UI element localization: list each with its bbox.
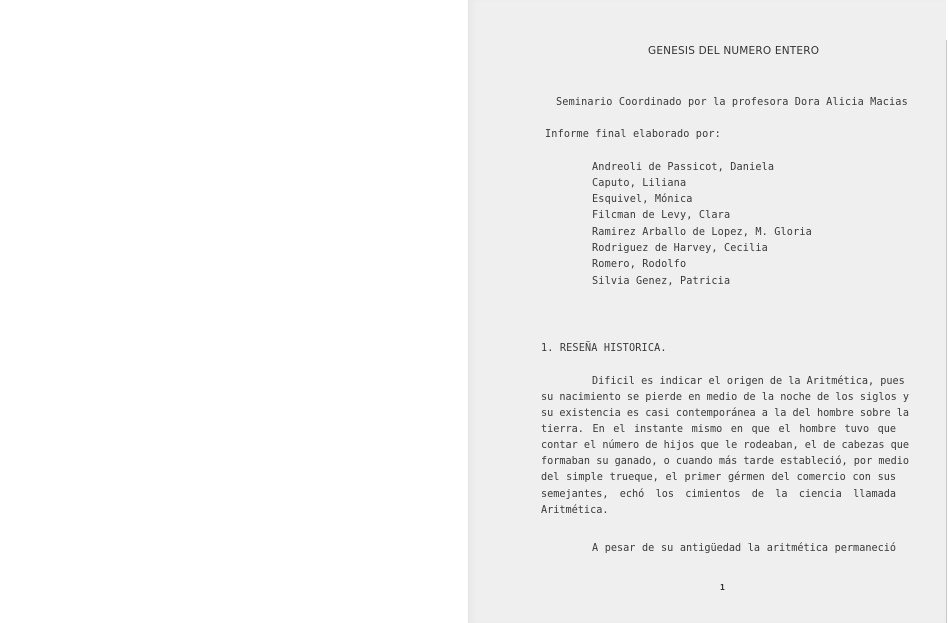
author-item: Ramirez Arballo de Lopez, M. Gloria: [592, 227, 812, 238]
paragraph-line: del simple trueque, el primer gérmen del…: [541, 472, 896, 483]
scanned-spread: GENESIS DEL NUMERO ENTERO Seminario Coor…: [0, 0, 949, 623]
authors-intro: Informe final elaborado por:: [545, 129, 721, 140]
author-item: Romero, Rodolfo: [592, 259, 686, 270]
author-item: Rodriguez de Harvey, Cecilia: [592, 243, 768, 254]
paragraph-line: su existencia es casi contemporánea a la…: [541, 408, 896, 419]
author-item: Filcman de Levy, Clara: [592, 210, 730, 221]
page-binding-shadow: [468, 0, 471, 623]
paragraph-line: contar el número de hijos que le rodeaba…: [541, 440, 896, 451]
paragraph-line: formaban su ganado, o cuando más tarde e…: [541, 456, 896, 467]
author-item: Caputo, Liliana: [592, 178, 686, 189]
document-subtitle: Seminario Coordinado por la profesora Do…: [556, 97, 908, 108]
paragraph-line: A pesar de su antigüedad la aritmética p…: [592, 543, 896, 554]
page-right-edge: [946, 40, 947, 623]
document-page: [468, 0, 946, 623]
paragraph-line: Dificil es indicar el origen de la Aritm…: [592, 376, 896, 387]
paragraph-line: tierra. En el instante mismo en que el h…: [541, 424, 896, 435]
author-item: Silvia Genez, Patricia: [592, 276, 730, 287]
author-item: Esquivel, Mónica: [592, 194, 693, 205]
paragraph-line: su nacimiento se pierde en medio de la n…: [541, 392, 896, 403]
document-title: GENESIS DEL NUMERO ENTERO: [648, 45, 819, 57]
paragraph-line: semejantes, echó los cimientos de la cie…: [541, 489, 896, 500]
page-number: 1: [720, 583, 725, 592]
author-item: Andreoli de Passicot, Daniela: [592, 162, 774, 173]
paragraph-line: Aritmética.: [541, 505, 896, 516]
section-heading: 1. RESEÑA HISTORICA.: [541, 343, 667, 354]
